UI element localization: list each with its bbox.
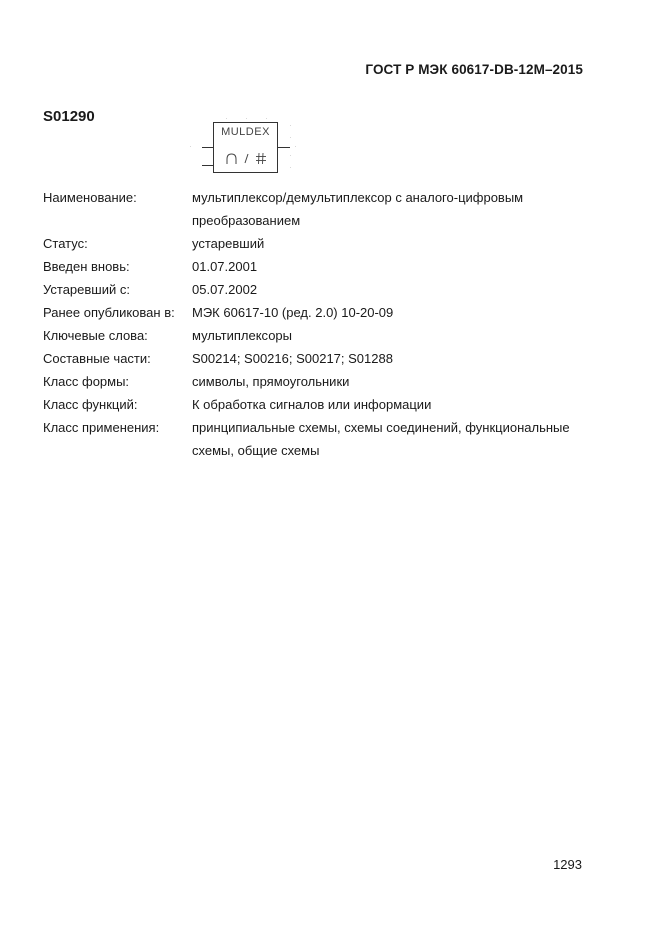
properties-table: Наименование: мультиплексор/демультиплек… xyxy=(43,186,603,462)
property-value: принципиальные схемы, схемы соединений, … xyxy=(192,416,603,462)
property-label: Устаревший с: xyxy=(43,278,192,301)
property-value: МЭК 60617-10 (ред. 2.0) 10-20-09 xyxy=(192,301,603,324)
property-label: Введен вновь: xyxy=(43,255,192,278)
property-row-components: Составные части: S00214; S00216; S00217;… xyxy=(43,347,603,370)
property-row-previously-published: Ранее опубликован в: МЭК 60617-10 (ред. … xyxy=(43,301,603,324)
property-value: мультиплексоры xyxy=(192,324,603,347)
property-row-status: Статус: устаревший xyxy=(43,232,603,255)
property-row-shape-class: Класс формы: символы, прямоугольники xyxy=(43,370,603,393)
property-row-obsolete-since: Устаревший с: 05.07.2002 xyxy=(43,278,603,301)
property-value: 01.07.2001 xyxy=(192,255,603,278)
property-row-name: Наименование: мультиплексор/демультиплек… xyxy=(43,186,603,232)
property-value: 05.07.2002 xyxy=(192,278,603,301)
property-value: мультиплексор/демультиплексор с аналого-… xyxy=(192,186,603,232)
property-label: Ранее опубликован в: xyxy=(43,301,192,324)
svg-text:MULDEX: MULDEX xyxy=(221,126,270,138)
property-value: устаревший xyxy=(192,232,603,255)
property-value: символы, прямоугольники xyxy=(192,370,603,393)
muldex-symbol-icon: MULDEX xyxy=(190,115,300,177)
standard-designation: ГОСТ Р МЭК 60617-DB-12M–2015 xyxy=(365,62,583,77)
property-row-function-class: Класс функций: К обработка сигналов или … xyxy=(43,393,603,416)
property-label: Наименование: xyxy=(43,186,192,232)
property-row-introduced: Введен вновь: 01.07.2001 xyxy=(43,255,603,278)
property-label: Класс функций: xyxy=(43,393,192,416)
symbol-id: S01290 xyxy=(43,108,95,125)
property-label: Класс применения: xyxy=(43,416,192,462)
property-label: Статус: xyxy=(43,232,192,255)
page-number: 1293 xyxy=(553,857,582,872)
property-value: К обработка сигналов или информации xyxy=(192,393,603,416)
property-label: Класс формы: xyxy=(43,370,192,393)
document-header: ГОСТ Р МЭК 60617-DB-12M–2015 xyxy=(365,62,583,77)
property-row-application-class: Класс применения: принципиальные схемы, … xyxy=(43,416,603,462)
property-row-keywords: Ключевые слова: мультиплексоры xyxy=(43,324,603,347)
property-label: Составные части: xyxy=(43,347,192,370)
property-label: Ключевые слова: xyxy=(43,324,192,347)
property-value: S00214; S00216; S00217; S01288 xyxy=(192,347,603,370)
